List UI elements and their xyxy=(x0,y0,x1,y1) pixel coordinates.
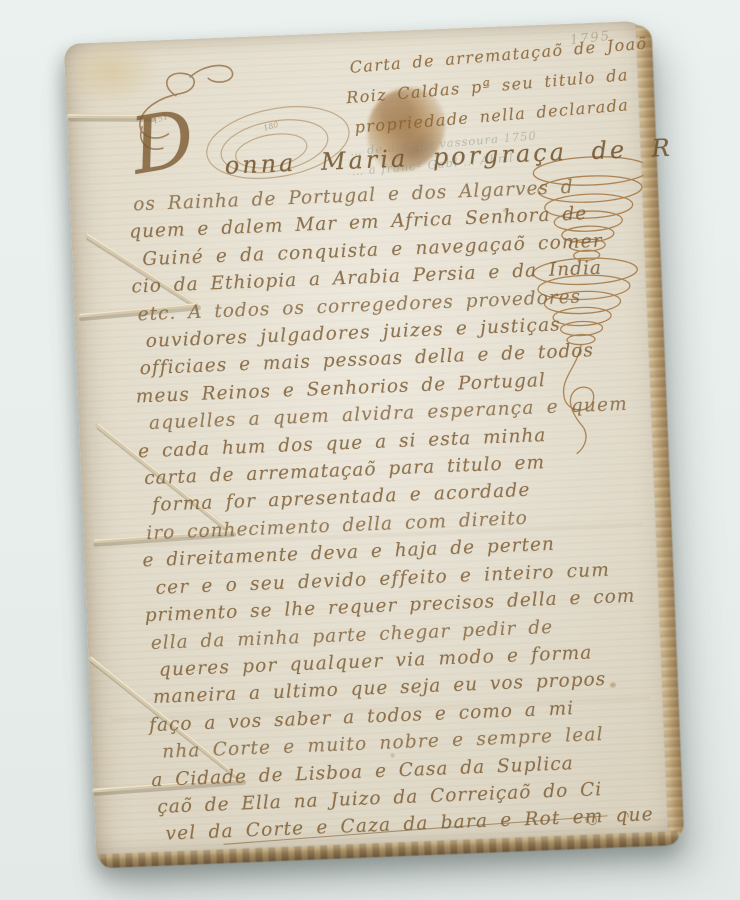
manuscript-body: onna Maria porgraça de R os Rainha de Po… xyxy=(126,129,666,849)
photo-backdrop: 1795 151 180 Carta de arremataçaõ de Joa… xyxy=(0,0,740,900)
body-lines: os Rainha de Portugal e dos Algarves dqu… xyxy=(128,171,666,849)
manuscript-booklet: 1795 151 180 Carta de arremataçaõ de Joa… xyxy=(64,21,682,866)
